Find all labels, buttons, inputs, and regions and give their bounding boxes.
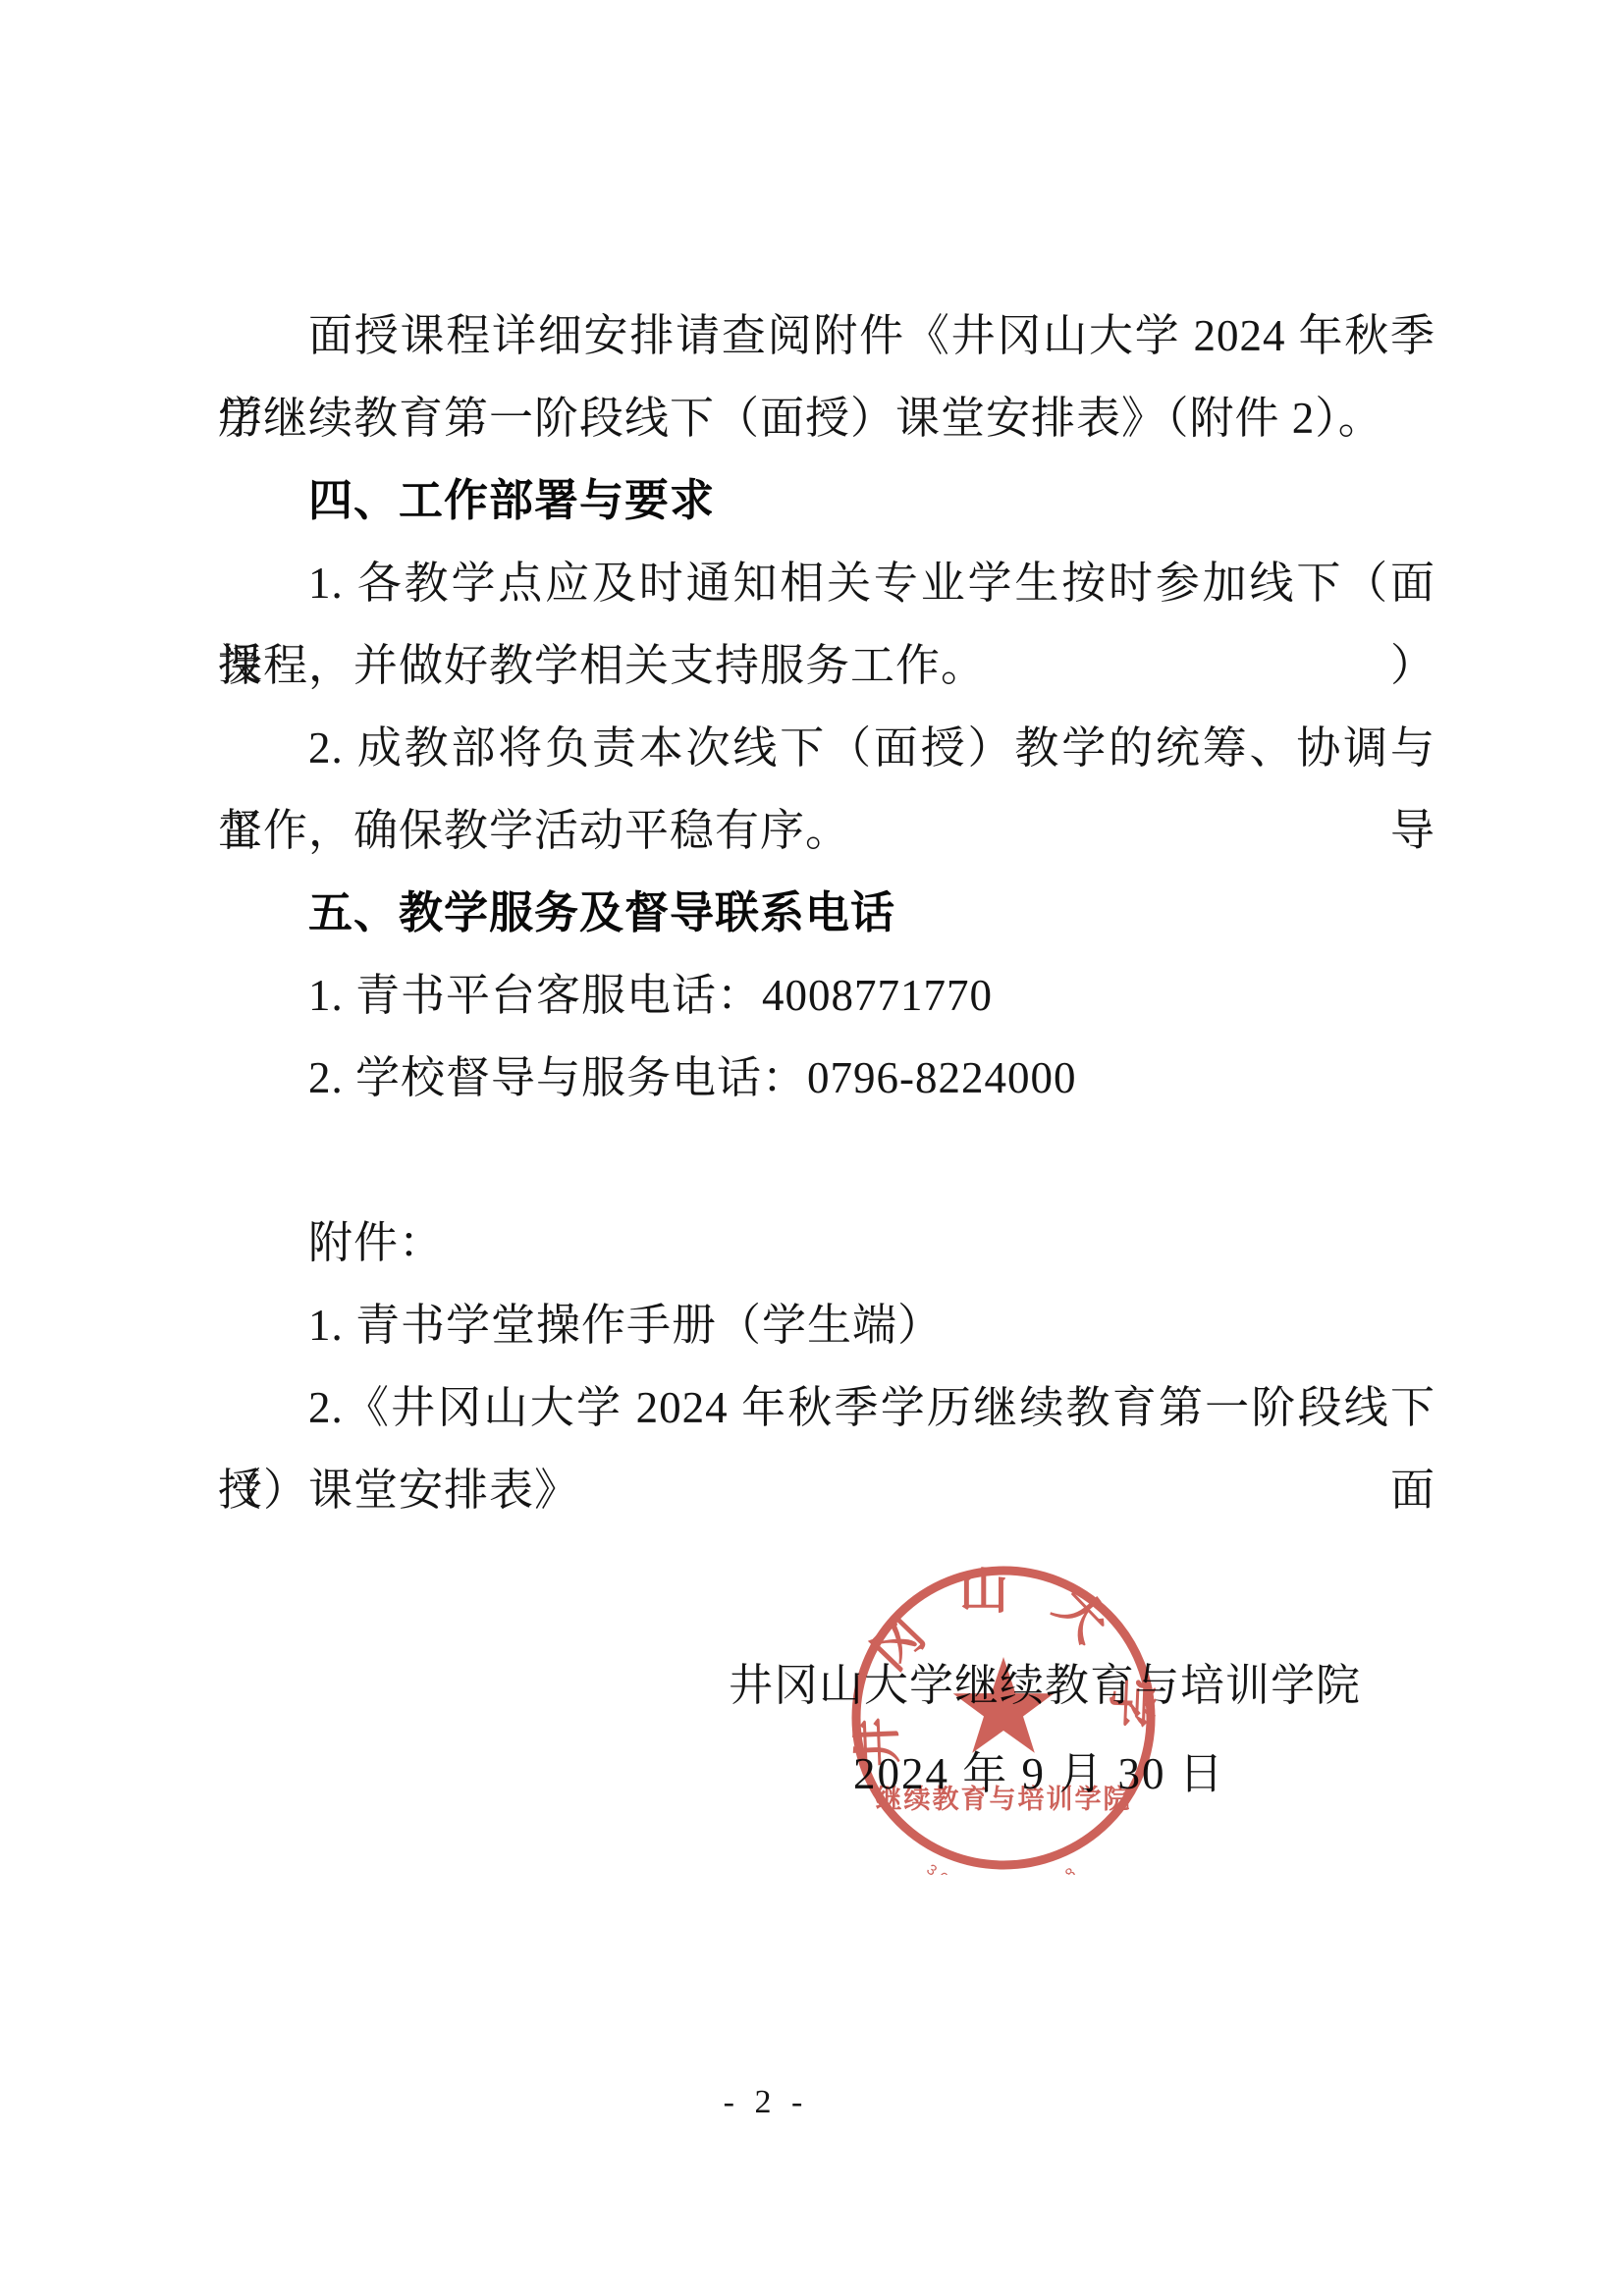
section-heading: 五、教学服务及督导联系电话	[218, 872, 1435, 954]
signature-date: 2024 年 9 月 30 日	[853, 1733, 1225, 1815]
text-line: 面授课程详细安排请查阅附件《井冈山大学 2024 年秋季学	[218, 294, 1435, 377]
page-number: - 2 -	[687, 2073, 844, 2132]
svg-text:360800050388: 360800050388	[923, 1861, 1083, 1875]
text-line: 2. 学校督导与服务电话：0796-8224000	[218, 1037, 1435, 1119]
text-line: 附件：	[218, 1201, 1435, 1284]
text-line: 1. 青书平台客服电话：4008771770	[218, 954, 1435, 1037]
text-line: 1. 各教学点应及时通知相关专业学生按时参加线下（面授）	[218, 542, 1435, 624]
blank-line	[218, 1119, 1435, 1201]
text-line: 2.《井冈山大学 2024 年秋季学历继续教育第一阶段线下（面	[218, 1366, 1435, 1449]
document-page: 面授课程详细安排请查阅附件《井冈山大学 2024 年秋季学历继续教育第一阶段线下…	[0, 0, 1624, 2296]
text-line: 1. 青书学堂操作手册（学生端）	[218, 1284, 1435, 1366]
text-line: 历继续教育第一阶段线下（面授）课堂安排表》（附件 2）。	[218, 377, 1435, 459]
document-body: 面授课程详细安排请查阅附件《井冈山大学 2024 年秋季学历继续教育第一阶段线下…	[218, 294, 1435, 1531]
signature-org: 井冈山大学继续教育与培训学院	[729, 1644, 1361, 1727]
text-line: 2. 成教部将负责本次线下（面授）教学的统筹、协调与督导	[218, 707, 1435, 789]
section-heading: 四、工作部署与要求	[218, 459, 1435, 542]
seal-code-label: 360800050388	[923, 1861, 1083, 1875]
